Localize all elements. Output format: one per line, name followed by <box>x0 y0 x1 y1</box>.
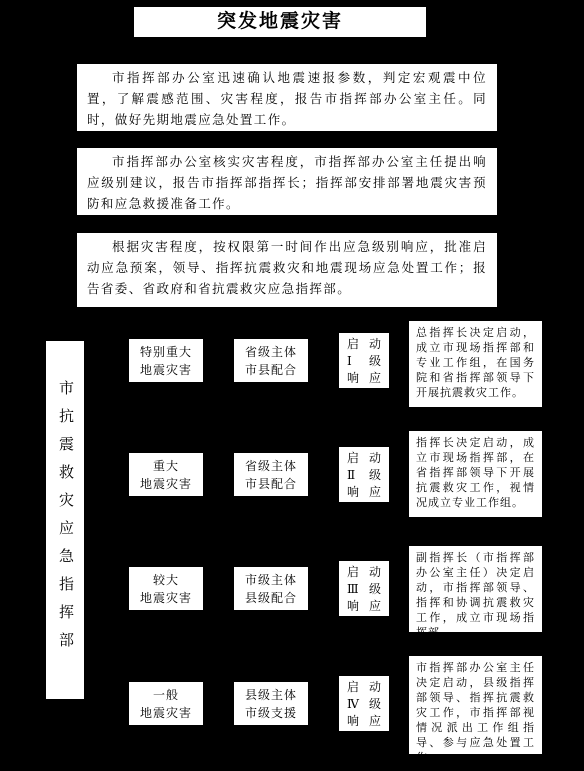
responsibility-line: 省级主体 <box>234 343 308 361</box>
response-level-line: 启动 <box>347 679 381 696</box>
responsibility-line: 市级支援 <box>234 704 308 722</box>
process-step-box-3: 根据灾害程度，按权限第一时间作出应急级别响应，批准启动应急预案，领导、指挥抗震救… <box>76 232 498 308</box>
response-level-line: Ⅲ级 <box>347 581 381 598</box>
process-step-box-2: 市指挥部办公室核实灾害程度，市指挥部办公室主任提出响应级别建议，报告市指挥部指挥… <box>76 147 498 216</box>
response-level-line: 启动 <box>347 336 381 353</box>
response-level-line: 响应 <box>347 370 381 387</box>
disaster-level-line: 特别重大 <box>129 343 203 361</box>
response-note-box: 指挥长决定启动，成立市现场指挥部，在省指挥部领导下开展抗震救灾工作，视情况成立专… <box>408 430 543 518</box>
disaster-level-line: 地震灾害 <box>129 704 203 722</box>
responsibility-line: 县级主体 <box>234 686 308 704</box>
responsibility-box: 市级主体 县级配合 <box>233 566 309 611</box>
hq-vertical-label-box: 市抗震救灾应急指挥部 <box>45 340 85 700</box>
response-level-box: 启动 Ⅰ级 响应 <box>338 332 390 389</box>
responsibility-box: 省级主体 市县配合 <box>233 338 309 383</box>
response-level-box: 启动 Ⅳ级 响应 <box>338 675 390 732</box>
responsibility-line: 县级配合 <box>234 589 308 607</box>
responsibility-line: 市县配合 <box>234 475 308 493</box>
response-level-line: 响应 <box>347 598 381 615</box>
response-note-box: 总指挥长决定启动，成立市现场指挥部和专业工作组，在国务院和省指挥部领导下开展抗震… <box>408 320 543 408</box>
disaster-level-box: 特别重大 地震灾害 <box>128 338 204 383</box>
response-level-line: Ⅱ级 <box>347 467 381 484</box>
response-level-box: 启动 Ⅲ级 响应 <box>338 560 390 617</box>
disaster-level-line: 较大 <box>129 571 203 589</box>
disaster-level-line: 地震灾害 <box>129 361 203 379</box>
response-level-line: Ⅰ级 <box>347 353 381 370</box>
response-note-box: 副指挥长（市指挥部办公室主任）决定启动，市指挥部领导、指挥和协调抗震救灾工作，成… <box>408 545 543 633</box>
responsibility-line: 市级主体 <box>234 571 308 589</box>
disaster-level-line: 一般 <box>129 686 203 704</box>
response-note-box: 市指挥部办公室主任决定启动，县级指挥部领导、指挥抗震救灾工作，市指挥部视情况派出… <box>408 655 543 755</box>
responsibility-line: 市县配合 <box>234 361 308 379</box>
process-step-text: 根据灾害程度，按权限第一时间作出应急级别响应，批准启动应急预案，领导、指挥抗震救… <box>87 237 487 300</box>
response-level-line: 启动 <box>347 450 381 467</box>
process-step-text: 市指挥部办公室核实灾害程度，市指挥部办公室主任提出响应级别建议，报告市指挥部指挥… <box>87 152 487 215</box>
response-level-line: 响应 <box>347 713 381 730</box>
flow-title: 突发地震灾害 <box>133 6 427 38</box>
disaster-level-line: 重大 <box>129 457 203 475</box>
disaster-level-box: 重大 地震灾害 <box>128 452 204 497</box>
response-level-line: Ⅳ级 <box>347 696 381 713</box>
disaster-level-line: 地震灾害 <box>129 475 203 493</box>
process-step-text: 市指挥部办公室迅速确认地震速报参数，判定宏观震中位置，了解震感范围、灾害程度，报… <box>87 68 487 131</box>
process-step-box-1: 市指挥部办公室迅速确认地震速报参数，判定宏观震中位置，了解震感范围、灾害程度，报… <box>76 63 498 132</box>
responsibility-box: 省级主体 市县配合 <box>233 452 309 497</box>
response-level-box: 启动 Ⅱ级 响应 <box>338 446 390 503</box>
response-level-line: 响应 <box>347 484 381 501</box>
response-level-line: 启动 <box>347 564 381 581</box>
disaster-level-box: 较大 地震灾害 <box>128 566 204 611</box>
responsibility-box: 县级主体 市级支援 <box>233 681 309 726</box>
disaster-level-box: 一般 地震灾害 <box>128 681 204 726</box>
hq-vertical-label: 市抗震救灾应急指挥部 <box>45 380 85 660</box>
disaster-level-line: 地震灾害 <box>129 589 203 607</box>
responsibility-line: 省级主体 <box>234 457 308 475</box>
